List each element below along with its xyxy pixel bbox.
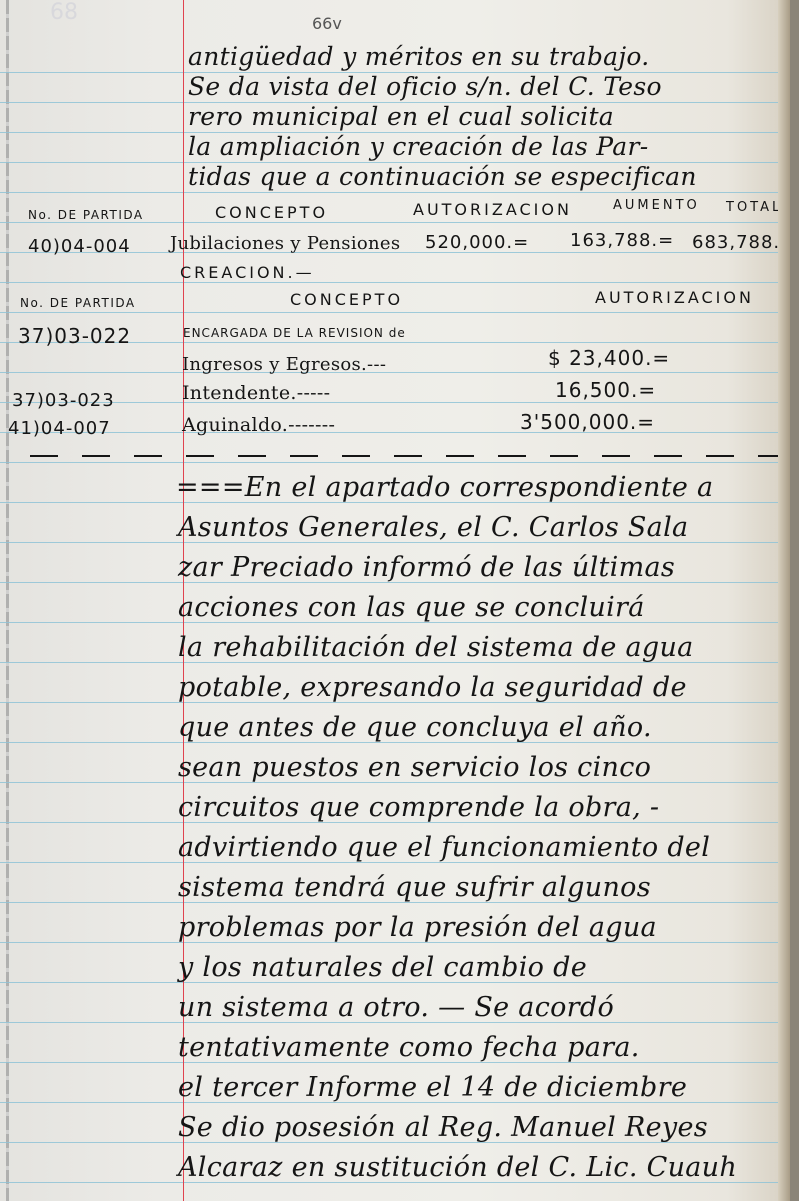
concepto: Intendente.----- [182, 382, 330, 404]
header-autorizacion: AUTORIZACION [595, 288, 754, 307]
header-partida: No. DE PARTIDA [20, 296, 136, 310]
body-line: sean puestos en servicio los cinco [178, 752, 651, 783]
partida-number: 41)04-007 [8, 418, 111, 439]
ruled-line [0, 372, 790, 373]
autorizacion-amount: 520,000.= [425, 232, 529, 253]
body-line: el tercer Informe el 14 de diciembre [178, 1072, 687, 1103]
page-edge-shadow [778, 0, 790, 1201]
concepto: Jubilaciones y Pensiones [170, 233, 400, 254]
intro-line: tidas que a continuación se especifican [188, 162, 697, 191]
intro-line: la ampliación y creación de las Par- [188, 132, 649, 161]
intro-line: Se da vista del oficio s/n. del C. Teso [188, 72, 662, 101]
body-line: tentativamente como fecha para. [178, 1032, 640, 1063]
ruled-line [0, 432, 790, 433]
ruled-line [0, 192, 790, 193]
autorizacion-amount: 3'500,000.= [520, 410, 655, 434]
body-line: problemas por la presión del agua [178, 912, 657, 943]
body-line: la rehabilitación del sistema de agua [178, 632, 694, 663]
creacion-title: CREACION.— [180, 263, 315, 282]
ruled-line [0, 222, 790, 223]
total-amount: 683,788.= [692, 232, 790, 253]
header-autorizacion: AUTORIZACION [413, 200, 572, 219]
header-concepto: CONCEPTO [215, 203, 328, 222]
ruled-line [0, 462, 790, 463]
concepto-line1: ENCARGADA DE LA REVISION de [183, 326, 406, 340]
page-number: 66v [312, 14, 342, 33]
binding-edge [6, 0, 9, 1201]
body-line: ===En el apartado correspondiente a [176, 472, 713, 503]
aumento-amount: 163,788.= [570, 230, 674, 251]
body-line: acciones con las que se concluirá [178, 592, 645, 623]
partida-number: 37)03-023 [12, 390, 115, 411]
dashed-separator [30, 455, 790, 457]
intro-line: antigüedad y méritos en su trabajo. [188, 42, 650, 71]
header-total: TOTAL [726, 200, 782, 215]
header-partida: No. DE PARTIDA [28, 208, 144, 222]
partida-number: 37)03-022 [18, 324, 131, 348]
body-line: potable, expresando la seguridad de [178, 672, 687, 703]
concepto-line2: Ingresos y Egresos.--- [182, 354, 386, 375]
body-line: un sistema a otro. — Se acordó [178, 992, 614, 1023]
body-line: Se dio posesión al Reg. Manuel Reyes [178, 1112, 708, 1143]
concepto: Aguinaldo.------- [182, 414, 335, 436]
bleed-through-page-number: 68 [50, 0, 78, 25]
ledger-page: 68 66v antigüedad y méritos en su trabaj… [0, 0, 790, 1201]
body-line: zar Preciado informó de las últimas [178, 552, 675, 583]
autorizacion-amount: 16,500.= [555, 378, 656, 402]
autorizacion-amount: $ 23,400.= [548, 346, 670, 370]
body-line: que antes de que concluya el año. [178, 712, 652, 743]
ruled-line [0, 402, 790, 403]
body-line: Alcaraz en sustitución del C. Lic. Cuauh [178, 1152, 737, 1183]
intro-line: rero municipal en el cual solicita [188, 102, 614, 131]
header-concepto: CONCEPTO [290, 290, 403, 309]
header-aumento: AUMENTO [613, 198, 700, 213]
body-line: Asuntos Generales, el C. Carlos Sala [178, 512, 688, 543]
ruled-line [0, 282, 790, 283]
body-line: y los naturales del cambio de [178, 952, 587, 983]
partida-number: 40)04-004 [28, 236, 131, 257]
body-line: sistema tendrá que sufrir algunos [178, 872, 651, 903]
ruled-line [0, 312, 790, 313]
body-line: advirtiendo que el funcionamiento del [178, 832, 710, 863]
body-line: circuitos que comprende la obra, - [178, 792, 659, 823]
